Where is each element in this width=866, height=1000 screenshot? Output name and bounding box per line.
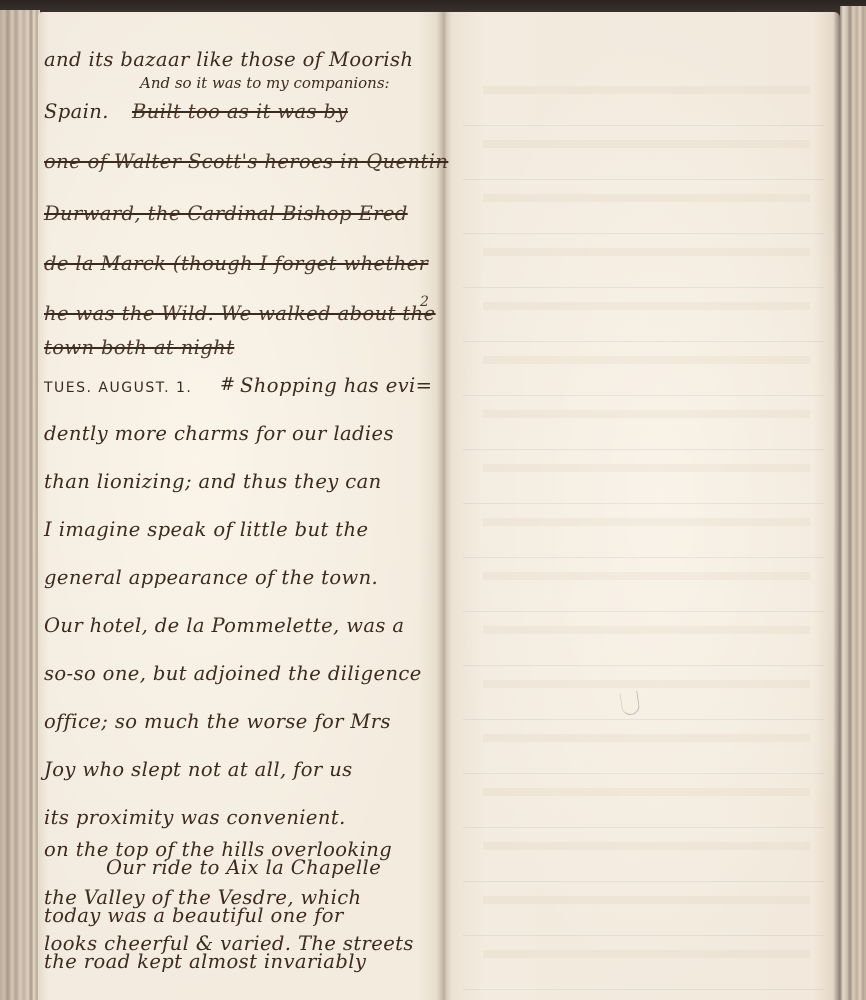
line-text: Our hotel, de la Pommelette, was a	[44, 614, 404, 637]
line-text: Durward, the Cardinal Bishop Ered	[44, 202, 408, 225]
line-text: town both at night	[44, 336, 234, 359]
line-text: he was the Wild. We walked about the	[44, 302, 436, 325]
line-text: de la Marck (though I forget whether	[44, 252, 428, 275]
notebook-scan: and its bazaar like those of Moorish And…	[0, 0, 866, 1000]
line-text: so-so one, but adjoined the diligence	[44, 662, 422, 685]
line-text: Spain.	[44, 100, 109, 123]
line-text: one of Walter Scott's heroes in Quentin	[44, 150, 448, 173]
line-text: on the top of the hills overlooking	[44, 838, 392, 861]
date-heading: TUES. AUGUST. 1.	[44, 380, 192, 396]
interlinear-insertion: And so it was to my companions:	[140, 74, 390, 92]
line-text: Joy who slept not at all, for us	[44, 758, 353, 781]
right-page-edges	[840, 6, 866, 1000]
line-text: and its bazaar like those of Moorish	[44, 48, 413, 71]
right-page	[443, 12, 840, 1000]
line-text: than lionizing; and thus they can	[44, 470, 382, 493]
paragraph-mark-icon: #	[220, 374, 235, 395]
line-text: its proximity was convenient.	[44, 806, 346, 829]
left-page-edges	[0, 10, 40, 1000]
line-text: Shopping has evi=	[240, 374, 432, 397]
line-text: dently more charms for our ladies	[44, 422, 394, 445]
line-text: Built too as it was by	[132, 100, 348, 123]
line-text: general appearance of the town.	[44, 566, 378, 589]
ruled-lines	[463, 72, 824, 1000]
page-number: 2	[420, 294, 429, 310]
line-text: office; so much the worse for Mrs	[44, 710, 391, 733]
line-text: the Valley of the Vesdre, which	[44, 886, 362, 909]
line-text: I imagine speak of little but the	[44, 518, 368, 541]
line-text: looks cheerful & varied. The streets	[44, 932, 414, 955]
